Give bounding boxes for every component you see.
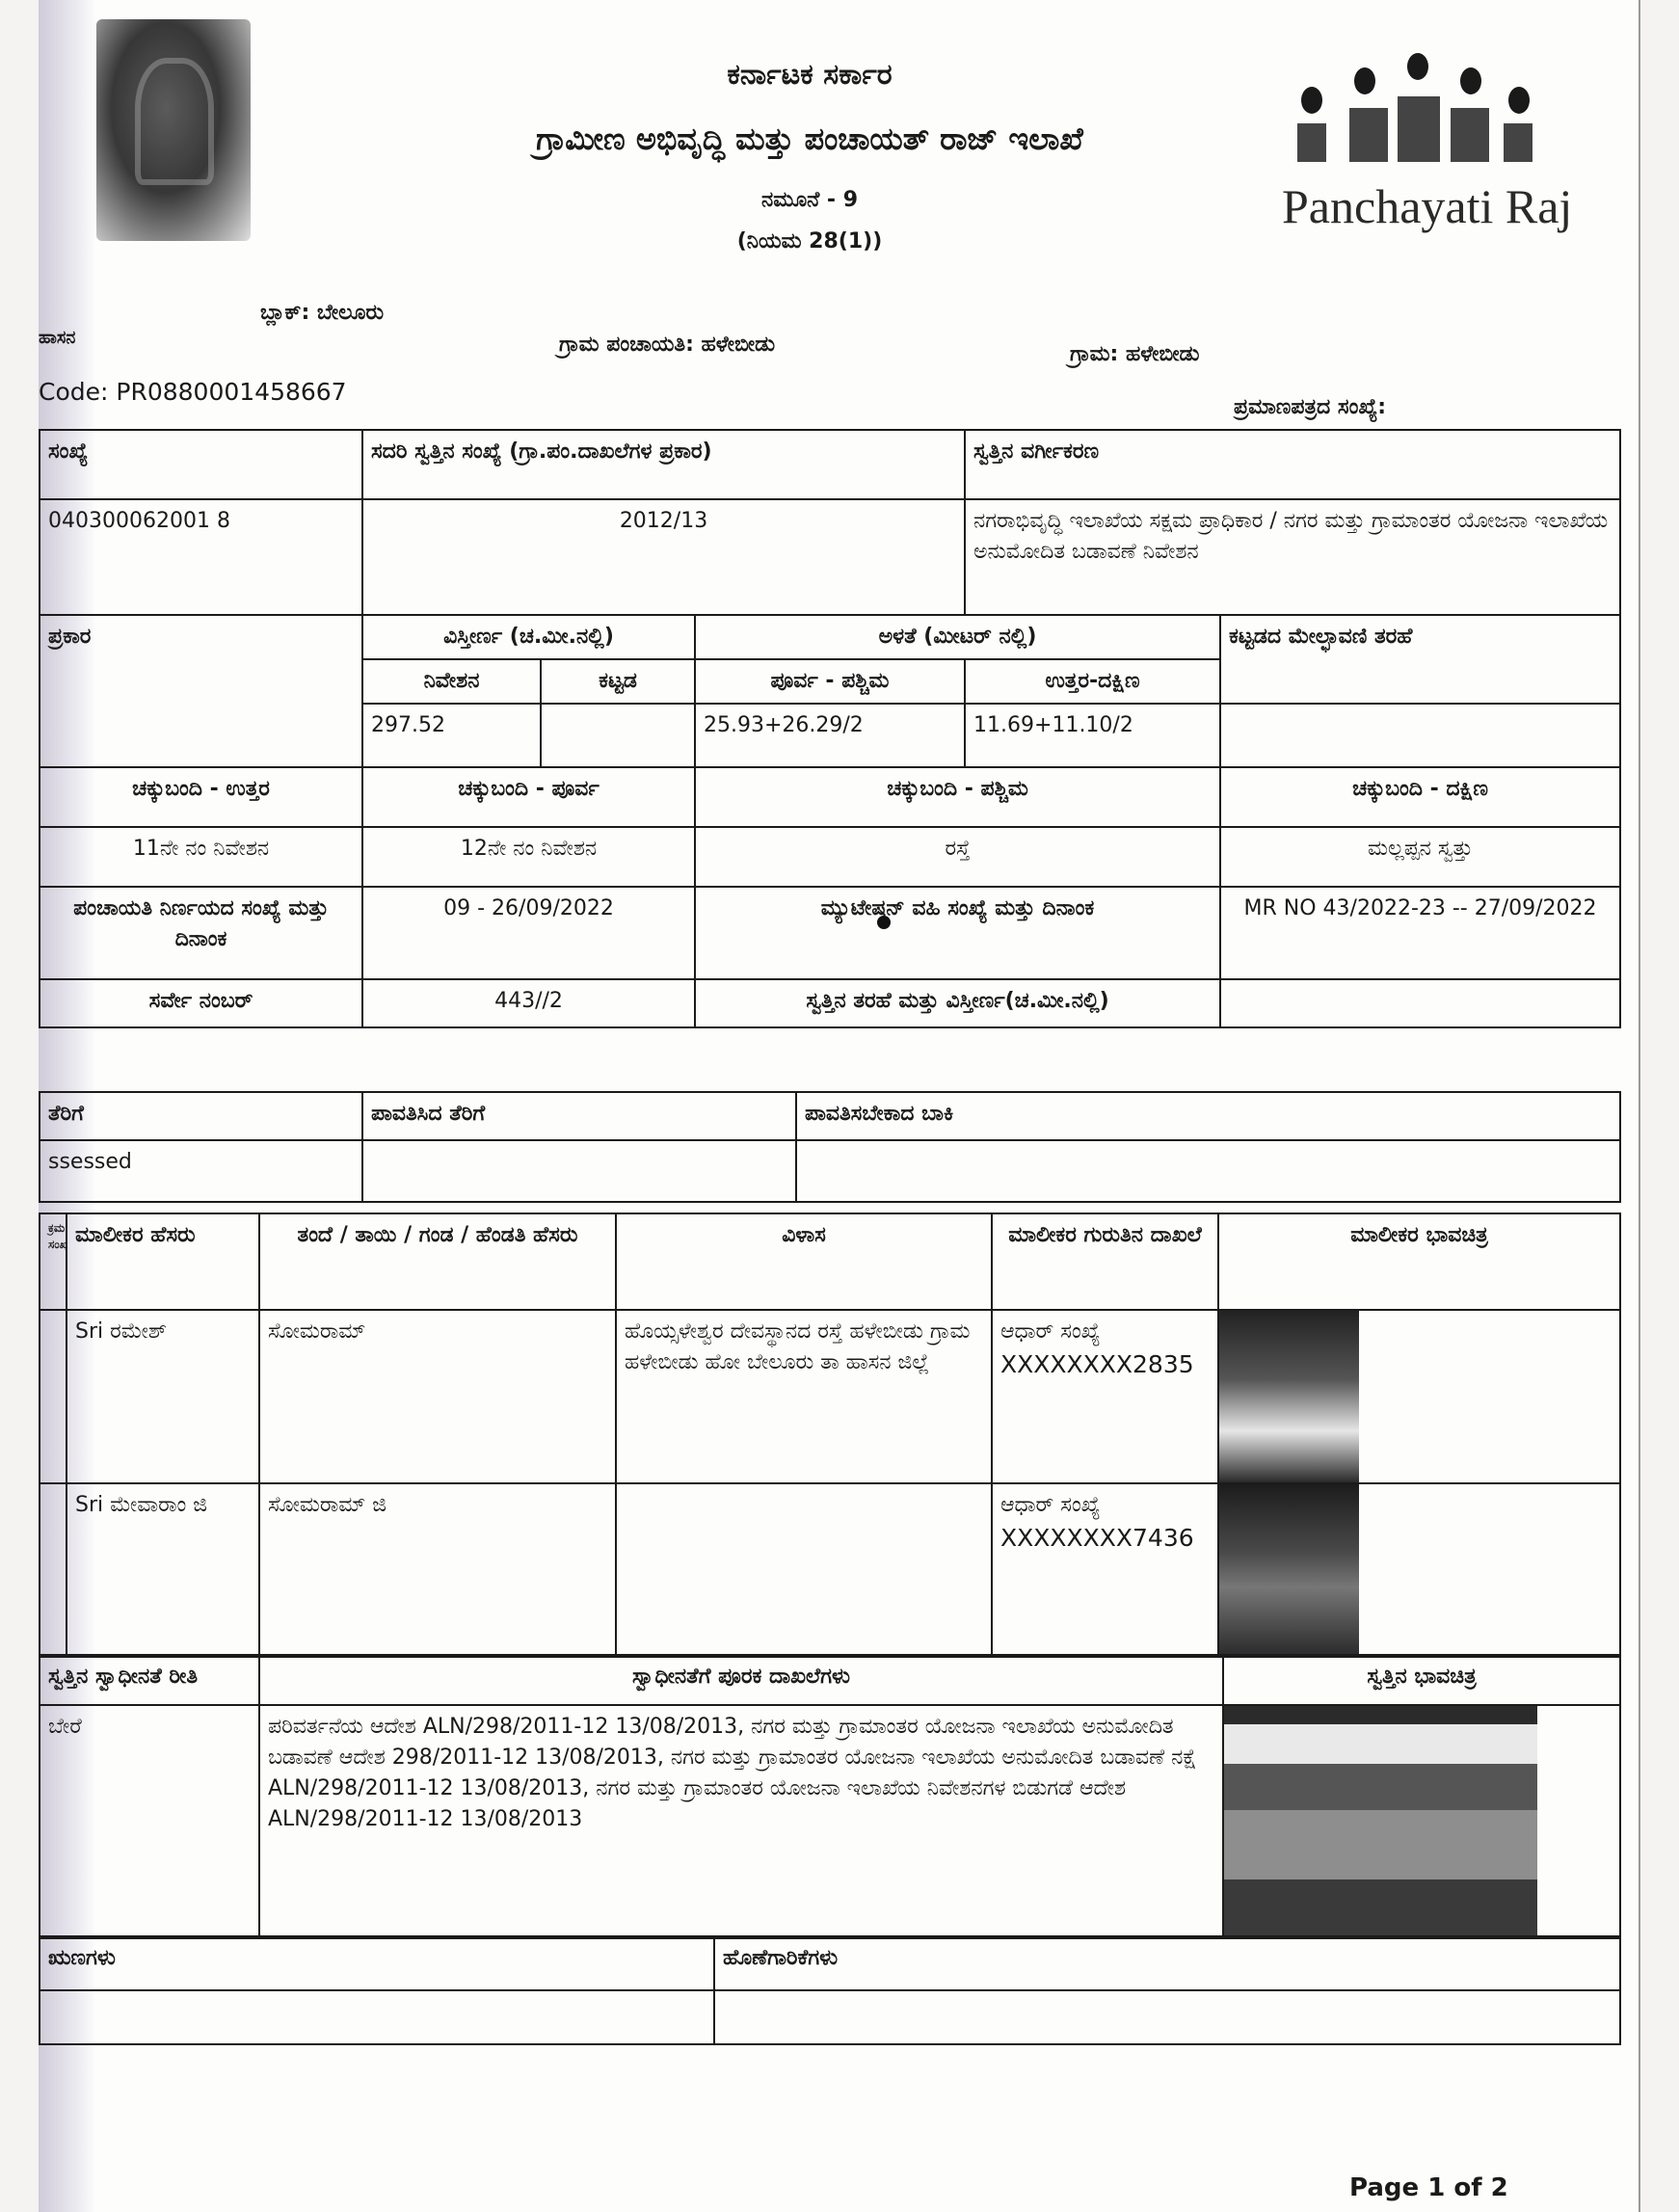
owner-photo xyxy=(1219,1311,1359,1482)
owners-table: ಕ್ರಮ ಸಂಖ್ಯೆ ಮಾಲೀಕರ ಹೆಸರು ತಂದೆ / ತಾಯಿ / ಗ… xyxy=(39,1213,1621,1658)
acquisition-method-label: ಸ್ವತ್ತಿನ ಸ್ವಾಧೀನತೆ ರೀತಿ xyxy=(40,1655,259,1705)
boundary-north-value: 11ನೇ ನಂ ನಿವೇಶನ xyxy=(40,827,362,887)
logo-text: Panchayati Raj xyxy=(1282,178,1572,234)
owner-relation: ಸೋಮರಾಮ್ ಜಿ xyxy=(259,1483,616,1657)
boundary-east-value: 12ನೇ ನಂ ನಿವೇಶನ xyxy=(362,827,695,887)
department-title: ಗ್ರಾಮೀಣ ಅಭಿವೃದ್ಧಿ ಮತ್ತು ಪಂಚಾಯತ್ ರಾಜ್ ಇಲಾ… xyxy=(386,120,1234,158)
boundary-south-label: ಚಕ್ಕುಬಂದಿ - ದಕ್ಷಿಣ xyxy=(1220,767,1620,827)
tax-balance-value xyxy=(796,1140,1620,1202)
property-id-value: 040300062001 8 xyxy=(40,499,362,615)
owners-header-id: ಮಾಲೀಕರ ಗುರುತಿನ ದಾಖಲೆ xyxy=(992,1213,1218,1310)
boundary-east-label: ಚಕ್ಕುಬಂದಿ - ಪೂರ್ವ xyxy=(362,767,695,827)
building-area-value xyxy=(541,704,695,767)
village-label: ಗ್ರಾಮ: ಹಳೇಬೀಡು xyxy=(1070,342,1200,366)
property-number-label: ಸದರಿ ಸ್ವತ್ತಿನ ಸಂಖ್ಯೆ (ಗ್ರಾ.ಪಂ.ದಾಖಲೆಗಳ ಪ್… xyxy=(362,430,965,499)
owner-address xyxy=(616,1483,992,1657)
owner-photo-cell xyxy=(1218,1310,1620,1483)
tax-table: ತೆರಿಗೆ ಪಾವತಿಸಿದ ತೆರಿಗೆ ಪಾವತಿಸಬೇಕಾದ ಬಾಕಿ … xyxy=(39,1091,1621,1203)
classification-label: ಸ್ವತ್ತಿನ ವರ್ಗೀಕರಣ xyxy=(965,430,1620,499)
certificate-number-label: ಪ್ರಮಾಣಪತ್ರದ ಸಂಖ್ಯೆ: xyxy=(1234,395,1386,419)
ink-dot xyxy=(877,916,891,929)
east-west-label: ಪೂರ್ವ - ಪಶ್ಚಿಮ xyxy=(695,659,965,704)
east-west-value: 25.93+26.29/2 xyxy=(695,704,965,767)
acquisition-table: ಸ್ವತ್ತಿನ ಸ್ವಾಧೀನತೆ ರೀತಿ ಸ್ವಾಧೀನತೆಗೆ ಪೂರಕ… xyxy=(39,1654,1621,1939)
owner-name: Sri ರಮೇಶ್ xyxy=(67,1310,259,1483)
owner-relation: ಸೋಮರಾಮ್ xyxy=(259,1310,616,1483)
district-label: ಹಾಸನ xyxy=(39,328,75,348)
survey-number-value: 443//2 xyxy=(362,979,695,1027)
liabilities-label: ಋಣಗಳು xyxy=(40,1936,714,1990)
owner-id-value: XXXXXXXX7436 xyxy=(1000,1521,1210,1556)
boundary-north-label: ಚಕ್ಕುಬಂದಿ - ಉತ್ತರ xyxy=(40,767,362,827)
owner-id-value: XXXXXXXX2835 xyxy=(1000,1347,1210,1382)
north-south-label: ಉತ್ತರ-ದಕ್ಷಿಣ xyxy=(965,659,1220,704)
gram-panchayat-label: ಗ್ರಾಮ ಪಂಚಾಯತಿ: ಹಳೇಬೀಡು xyxy=(559,333,775,357)
property-code: Code: PR0880001458667 xyxy=(39,378,347,406)
owner-id-type: ಆಧಾರ್ ಸಂಖ್ಯೆ xyxy=(1000,1490,1210,1521)
block-label: ಬ್ಲಾಕ್: ಬೇಲೂರು xyxy=(260,301,384,325)
boundary-south-value: ಮಲ್ಲಪ್ಪನ ಸ್ವತ್ತು xyxy=(1220,827,1620,887)
survey-number-label: ಸರ್ವೇ ನಂಬರ್ xyxy=(40,979,362,1027)
roof-type-value xyxy=(1220,704,1620,767)
owners-header-name: ಮಾಲೀಕರ ಹೆಸರು xyxy=(67,1213,259,1310)
boundary-west-value: ರಸ್ತೆ xyxy=(695,827,1220,887)
owner-name: Sri ಮೇವಾರಾಂ ಜಿ xyxy=(67,1483,259,1657)
resolution-value: 09 - 26/09/2022 xyxy=(362,887,695,979)
page-number: Page 1 of 2 xyxy=(1349,2173,1508,2202)
document-page: ಕರ್ನಾಟಕ ಸರ್ಕಾರ ಗ್ರಾಮೀಣ ಅಭಿವೃದ್ಧಿ ಮತ್ತು ಪ… xyxy=(39,0,1640,2212)
property-number-value: 2012/13 xyxy=(362,499,965,615)
tax-paid-label: ಪಾವತಿಸಿದ ತೆರಿಗೆ xyxy=(362,1092,796,1140)
acquisition-docs-label: ಸ್ವಾಧೀನತೆಗೆ ಪೂರಕ ದಾಖಲೆಗಳು xyxy=(259,1655,1223,1705)
roof-type-label: ಕಟ್ಟಡದ ಮೇಲ್ಛಾವಣಿ ತರಹೆ xyxy=(1220,615,1620,704)
owner-id: ಆಧಾರ್ ಸಂಖ್ಯೆ XXXXXXXX2835 xyxy=(992,1310,1218,1483)
owner-photo xyxy=(1219,1484,1359,1656)
property-photo xyxy=(1224,1706,1537,1937)
owner-id-type: ಆಧಾರ್ ಸಂಖ್ಯೆ xyxy=(1000,1317,1210,1347)
property-type-label: ಪ್ರಕಾರ xyxy=(40,615,362,767)
obligations-label: ಹೊಣೆಗಾರಿಕೆಗಳು xyxy=(714,1936,1620,1990)
liabilities-table: ಋಣಗಳು ಹೊಣೆಗಾರಿಕೆಗಳು xyxy=(39,1935,1621,2045)
resolution-label: ಪಂಚಾಯತಿ ನಿರ್ಣಯದ ಸಂಖ್ಯೆ ಮತ್ತು ದಿನಾಂಕ xyxy=(40,887,362,979)
owner-id: ಆಧಾರ್ ಸಂಖ್ಯೆ XXXXXXXX7436 xyxy=(992,1483,1218,1657)
site-label: ನಿವೇಶನ xyxy=(362,659,541,704)
mutation-value: MR NO 43/2022-23 -- 27/09/2022 xyxy=(1220,887,1620,979)
type-area-label: ಸ್ವತ್ತಿನ ತರಹೆ ಮತ್ತು ವಿಸ್ತೀರ್ಣ(ಚ.ಮೀ.ನಲ್ಲಿ… xyxy=(695,979,1220,1027)
people-icon xyxy=(1301,48,1523,164)
owner-row: Sri ಮೇವಾರಾಂ ಜಿ ಸೋಮರಾಮ್ ಜಿ ಆಧಾರ್ ಸಂಖ್ಯೆ X… xyxy=(40,1483,1620,1657)
classification-value: ನಗರಾಭಿವೃದ್ಧಿ ಇಲಾಖೆಯ ಸಕ್ಷಮ ಪ್ರಾಧಿಕಾರ / ನಗ… xyxy=(965,499,1620,615)
property-photo-cell xyxy=(1223,1705,1620,1938)
owners-header-serial: ಕ್ರಮ ಸಂಖ್ಯೆ xyxy=(40,1213,67,1310)
acquisition-method-value: ಬೇರೆ xyxy=(40,1705,259,1938)
acquisition-docs-value: ಪರಿವರ್ತನೆಯ ಆದೇಶ ALN/298/2011-12 13/08/20… xyxy=(259,1705,1223,1938)
building-label: ಕಟ್ಟಡ xyxy=(541,659,695,704)
panchayati-raj-logo: Panchayati Raj xyxy=(1282,48,1590,241)
owner-row: Sri ರಮೇಶ್ ಸೋಮರಾಮ್ ಹೊಯ್ಸಳೇಶ್ವರ ದೇವಸ್ಥಾನದ … xyxy=(40,1310,1620,1483)
owners-header-photo: ಮಾಲೀಕರ ಭಾವಚಿತ್ರ xyxy=(1218,1213,1620,1310)
form-number: ನಮೂನೆ - 9 xyxy=(636,188,983,212)
rule-number: (ನಿಯಮ 28(1)) xyxy=(636,229,983,253)
obligations-value xyxy=(714,1990,1620,2044)
area-label: ವಿಸ್ತೀರ್ಣ (ಚ.ಮೀ.ನಲ್ಲಿ) xyxy=(362,615,695,659)
owners-header-address: ವಿಳಾಸ xyxy=(616,1213,992,1310)
owner-address: ಹೊಯ್ಸಳೇಶ್ವರ ದೇವಸ್ಥಾನದ ರಸ್ತೆ ಹಳೇಬೀಡು ಗ್ರಾ… xyxy=(616,1310,992,1483)
government-title: ಕರ್ನಾಟಕ ಸರ್ಕಾರ xyxy=(578,58,1041,92)
site-area-value: 297.52 xyxy=(362,704,541,767)
north-south-value: 11.69+11.10/2 xyxy=(965,704,1220,767)
owners-header-relation: ತಂದೆ / ತಾಯಿ / ಗಂಡ / ಹೆಂಡತಿ ಹೆಸರು xyxy=(259,1213,616,1310)
tax-label: ತೆರಿಗೆ xyxy=(40,1092,362,1140)
dimension-label: ಅಳತೆ (ಮೀಟರ್ ನಲ್ಲಿ) xyxy=(695,615,1220,659)
boundary-west-label: ಚಕ್ಕುಬಂದಿ - ಪಶ್ಚಿಮ xyxy=(695,767,1220,827)
karnataka-emblem-icon xyxy=(96,19,251,241)
property-details-table: ಸಂಖ್ಯೆ ಸದರಿ ಸ್ವತ್ತಿನ ಸಂಖ್ಯೆ (ಗ್ರಾ.ಪಂ.ದಾಖ… xyxy=(39,429,1621,1028)
property-id-label: ಸಂಖ್ಯೆ xyxy=(40,430,362,499)
tax-balance-label: ಪಾವತಿಸಬೇಕಾದ ಬಾಕಿ xyxy=(796,1092,1620,1140)
mutation-label: ಮ್ಯುಟೇಷನ್ ವಹಿ ಸಂಖ್ಯೆ ಮತ್ತು ದಿನಾಂಕ xyxy=(695,887,1220,979)
tax-status-value: ssessed xyxy=(40,1140,362,1202)
tax-paid-value xyxy=(362,1140,796,1202)
owner-photo-cell xyxy=(1218,1483,1620,1657)
type-area-value xyxy=(1220,979,1620,1027)
property-photo-label: ಸ್ವತ್ತಿನ ಭಾವಚಿತ್ರ xyxy=(1223,1655,1620,1705)
